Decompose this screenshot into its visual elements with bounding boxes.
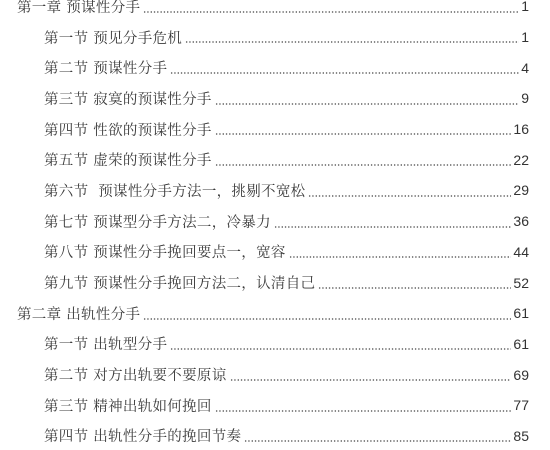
toc-page-number: 85 xyxy=(513,428,529,444)
dot-leader xyxy=(185,41,519,43)
dot-leader xyxy=(230,379,512,381)
dot-leader xyxy=(143,318,511,320)
toc-entry-label: 第二节 预谋性分手 xyxy=(44,57,167,78)
toc-page-number: 36 xyxy=(513,213,529,229)
toc-section-entry[interactable]: 第八节 预谋性分手挽回要点一，宽容 44 xyxy=(0,237,550,268)
toc-section-entry[interactable]: 第三节 精神出轨如何挽回 77 xyxy=(0,390,550,421)
toc-entry-label: 第七节 预谋型分手方法二，冷暴力 xyxy=(44,211,271,232)
dot-leader xyxy=(308,195,511,197)
toc-section-entry[interactable]: 第一节 预见分手危机 1 xyxy=(0,22,550,53)
toc-entry-label: 第一章 预谋性分手 xyxy=(17,0,140,17)
dot-leader xyxy=(215,410,512,412)
toc-entry-label: 第三节 寂寞的预谋性分手 xyxy=(44,88,212,109)
toc-page-number: 61 xyxy=(513,305,529,321)
dot-leader xyxy=(143,11,519,13)
toc-entry-label: 第四节 出轨性分手的挽回节奏 xyxy=(44,425,241,446)
toc-page-number: 61 xyxy=(513,336,529,352)
toc-section-entry[interactable]: 第九节 预谋性分手挽回方法二，认清自己 52 xyxy=(0,267,550,298)
toc-page-number: 69 xyxy=(513,367,529,383)
toc-section-entry[interactable]: 第四节 出轨性分手的挽回节奏 85 xyxy=(0,421,550,450)
toc-entry-label: 第六节 预谋性分手方法一，挑剔不宽松 xyxy=(44,180,305,201)
toc-entry-label: 第九节 预谋性分手挽回方法二，认清自己 xyxy=(44,272,315,293)
toc-page-number: 44 xyxy=(513,244,529,260)
toc-page-number: 16 xyxy=(513,121,529,137)
dot-leader xyxy=(215,164,512,166)
toc-section-entry[interactable]: 第四节 性欲的预谋性分手 16 xyxy=(0,114,550,145)
toc-entry-label: 第三节 精神出轨如何挽回 xyxy=(44,395,212,416)
dot-leader xyxy=(289,256,512,258)
toc-section-entry[interactable]: 第六节 预谋性分手方法一，挑剔不宽松 29 xyxy=(0,175,550,206)
toc-entry-label: 第二章 出轨性分手 xyxy=(17,303,140,324)
toc-entry-label: 第八节 预谋性分手挽回要点一，宽容 xyxy=(44,241,286,262)
dot-leader xyxy=(318,287,511,289)
dot-leader xyxy=(215,103,519,105)
toc-entry-label: 第四节 性欲的预谋性分手 xyxy=(44,119,212,140)
toc-section-entry[interactable]: 第一节 出轨型分手 61 xyxy=(0,329,550,360)
toc-page-number: 29 xyxy=(513,182,529,198)
toc-page-number: 4 xyxy=(521,60,529,76)
dot-leader xyxy=(244,440,511,442)
toc-page-number: 1 xyxy=(521,29,529,45)
toc-chapter-entry[interactable]: 第一章 预谋性分手 1 xyxy=(0,0,550,22)
table-of-contents: 第一章 预谋性分手 1 第一节 预见分手危机 1 第二节 预谋性分手 4 第三节… xyxy=(0,0,550,450)
toc-section-entry[interactable]: 第五节 虚荣的预谋性分手 22 xyxy=(0,144,550,175)
dot-leader xyxy=(274,226,512,228)
dot-leader xyxy=(170,72,519,74)
toc-entry-label: 第一节 预见分手危机 xyxy=(44,27,182,48)
toc-section-entry[interactable]: 第二节 对方出轨要不要原谅 69 xyxy=(0,359,550,390)
toc-page-number: 52 xyxy=(513,275,529,291)
toc-page-number: 77 xyxy=(513,397,529,413)
toc-page-number: 9 xyxy=(521,90,529,106)
toc-entry-label: 第五节 虚荣的预谋性分手 xyxy=(44,149,212,170)
toc-page-number: 1 xyxy=(521,0,529,14)
dot-leader xyxy=(215,133,512,135)
toc-entry-label: 第一节 出轨型分手 xyxy=(44,333,167,354)
dot-leader xyxy=(170,348,511,350)
toc-section-entry[interactable]: 第二节 预谋性分手 4 xyxy=(0,52,550,83)
toc-entry-label: 第二节 对方出轨要不要原谅 xyxy=(44,364,227,385)
toc-chapter-entry[interactable]: 第二章 出轨性分手 61 xyxy=(0,298,550,329)
toc-section-entry[interactable]: 第七节 预谋型分手方法二，冷暴力 36 xyxy=(0,206,550,237)
toc-page-number: 22 xyxy=(513,152,529,168)
toc-section-entry[interactable]: 第三节 寂寞的预谋性分手 9 xyxy=(0,83,550,114)
